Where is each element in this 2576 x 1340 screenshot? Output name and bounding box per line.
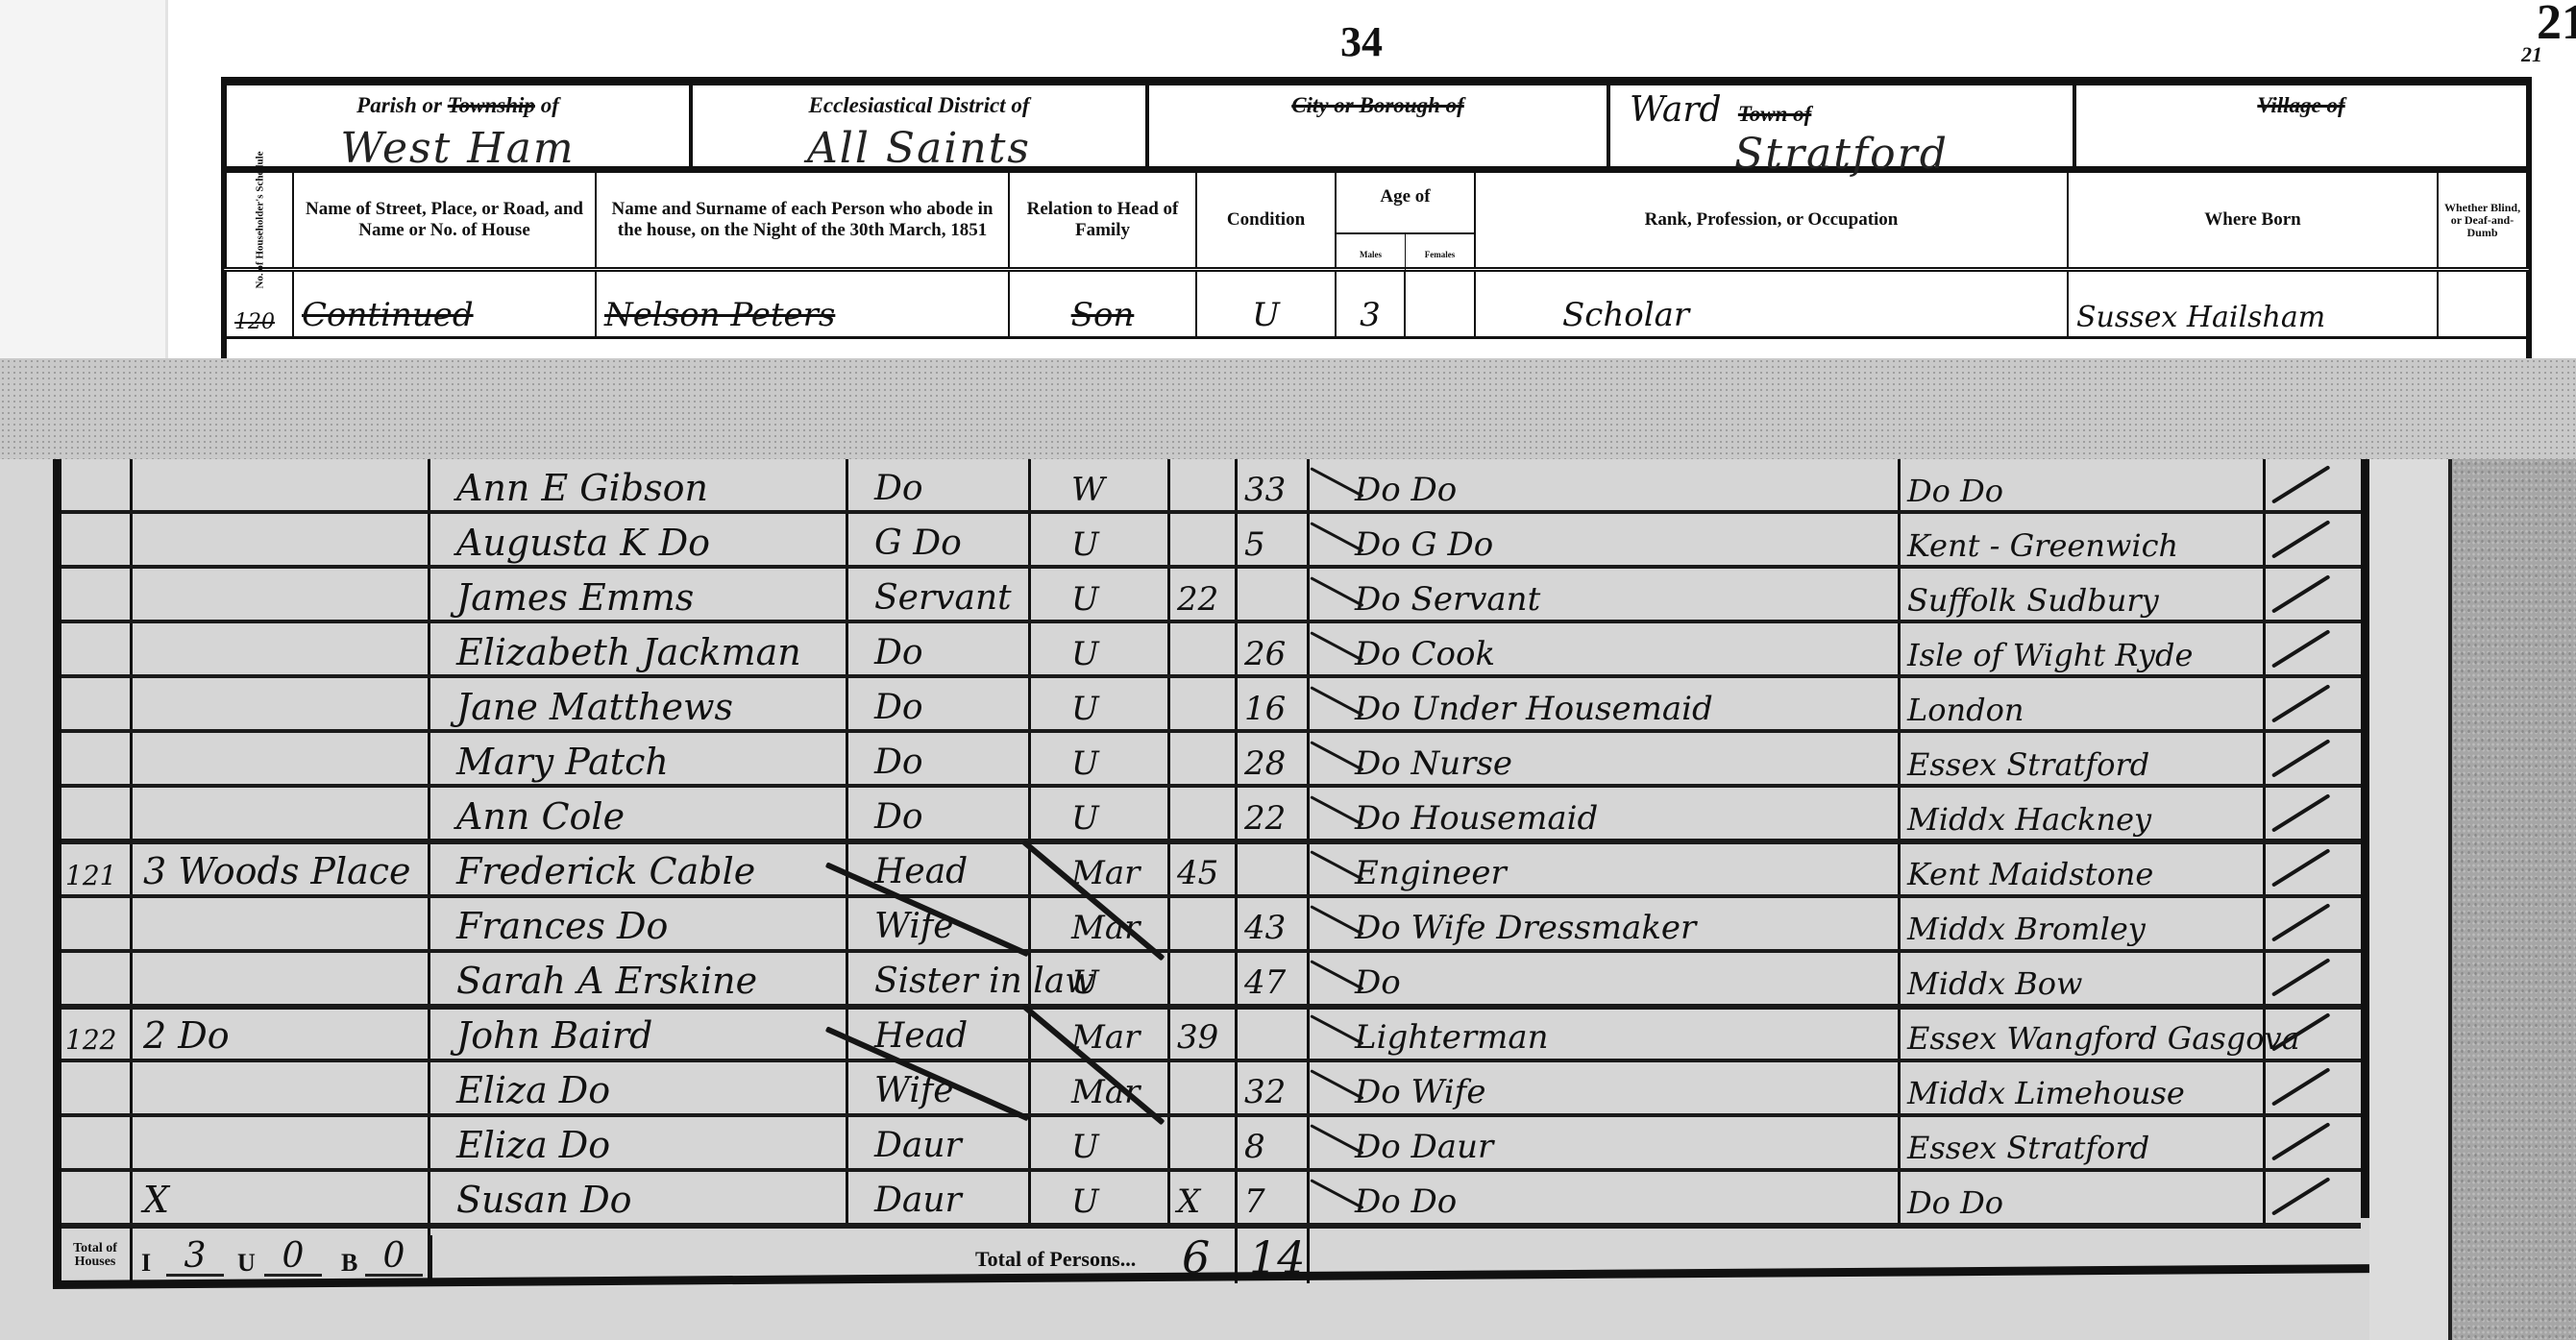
census-page-lower: Ann E GibsonDoW33Do DoDo DoAugusta K DoG… [0,459,2576,1340]
cell-condition: W [1071,474,1105,506]
town-value: Stratford [1610,130,2073,179]
cell-name: Eliza Do [456,1127,610,1163]
cell-relation: Daur [874,1129,962,1163]
inhabited-value: 3 [166,1239,224,1277]
cell-condition: U [1071,966,1099,999]
tally-mark [2271,574,2330,613]
cell-where-born: Kent - Greenwich [1907,530,2178,561]
cell-condition: U [1071,1131,1099,1163]
scan-edge [165,0,168,358]
cell-occupation: Do Housemaid [1355,802,1598,835]
city-borough-cell: City or Borough of [1149,85,1610,166]
cell-schedule: 121 [65,863,116,889]
uninhabited-label: U [237,1249,256,1278]
table-row: Jane MatthewsDoU16Do Under HousemaidLond… [53,678,2369,733]
cell-relation: Son [1010,272,1197,339]
cell-where-born: Suffolk Sudbury [1907,585,2159,616]
cell-condition: U [1071,802,1099,835]
table-row: XSusan DoDaurUX7Do DoDo Do [53,1171,2369,1226]
cell-relation: G Do [874,526,962,561]
cell-name: Ann E Gibson [456,470,708,506]
table-row: Eliza DoDaurU8Do DaurEssex Stratford [53,1116,2369,1171]
tally-mark [2271,793,2330,832]
image-gap-band [0,358,2576,459]
cell-name: James Emms [456,579,694,616]
census-page-top: 34 21 21 Parish or Township of West Ham … [0,0,2576,358]
ward-handwritten-label: Ward [1630,90,1722,130]
cell-age-female: 33 [1244,474,1286,506]
cell-condition: U [1197,272,1337,339]
tally-mark [2271,739,2330,777]
tally-mark [2271,1122,2330,1160]
cell-relation: Sister in law [874,964,1094,999]
table-row: 120 Continued Nelson Peters Son U 3 Scho… [221,272,2532,358]
page-number: 34 [1340,17,1383,66]
cell-occupation: Do Under Housemaid [1355,693,1713,725]
tally-mark [2271,465,2330,503]
table-row: Ann ColeDoU22Do HousemaidMiddx Hackney [53,788,2369,842]
tally-mark [2271,520,2330,558]
city-borough-label: City or Borough of [1149,93,1607,118]
cell-condition: U [1071,583,1099,616]
totals-divider [130,1228,133,1280]
cell-condition: U [1071,693,1099,725]
column-header-row: No. of Householder's Schedule Name of St… [221,173,2532,272]
cell-name: Jane Matthews [456,689,733,725]
town-cell: Ward Town of Stratford [1610,85,2076,166]
cell-condition: U [1071,1185,1099,1218]
cell-where-born: London [1907,694,2024,725]
cell-name: Ann Cole [456,798,625,835]
cell-where-born: Essex Stratford [1907,1133,2149,1163]
table-row: Frances DoWifeMar43Do Wife DressmakerMid… [53,897,2369,952]
village-cell: Village of [2076,85,2526,166]
cell-where-born: Middx Limehouse [1907,1078,2185,1109]
cell-age-female: 22 [1244,802,1286,835]
cell-blind [2439,272,2526,339]
col-header-street: Name of Street, Place, or Road, and Name… [294,173,597,267]
cell-occupation: Scholar [1476,272,2069,339]
scan-edge-dark [2448,459,2576,1340]
cell-age-female: 47 [1244,966,1286,999]
ecclesiastical-district-cell: Ecclesiastical District of All Saints [693,85,1149,166]
col-header-where-born: Where Born [2069,173,2439,267]
cell-where-born: Middx Bromley [1907,914,2146,944]
cell-age-female: 5 [1244,528,1265,561]
scan-margin [0,0,168,358]
cell-name: Sarah A Erskine [456,962,757,999]
cell-age-female: 8 [1244,1131,1265,1163]
age-subheaders: Males Females [1337,232,1474,274]
cell-condition: Mar [1071,1021,1140,1054]
cell-occupation: Do Daur [1355,1131,1493,1163]
table-row: 1213 Woods PlaceFrederick CableHeadMar45… [53,842,2369,897]
tally-mark [2271,848,2330,887]
cell-condition: U [1071,747,1099,780]
place-header: Parish or Township of West Ham Ecclesias… [221,77,2532,173]
cell-occupation: Do Wife Dressmaker [1355,912,1696,944]
cell-age-female: 32 [1244,1076,1286,1109]
tally-mark [2271,1177,2330,1215]
cell-age-female: 43 [1244,912,1286,944]
ecclesiastical-district-label: Ecclesiastical District of [693,93,1145,118]
cell-age-female: 28 [1244,747,1286,780]
cell-name: Nelson Peters [597,272,1010,339]
page-margin [2369,459,2448,1340]
census-table: Ann E GibsonDoW33Do DoDo DoAugusta K DoG… [53,459,2369,1314]
tally-mark [2271,1067,2330,1106]
cell-occupation: Engineer [1355,857,1507,889]
cell-relation: Do [874,745,923,780]
cell-where-born: Do Do [1907,475,2003,506]
inhabited-label: I [141,1249,151,1278]
cell-relation: Daur [874,1183,962,1218]
cell-where-born: Isle of Wight Ryde [1907,640,2193,670]
col-header-occupation: Rank, Profession, or Occupation [1476,173,2069,267]
cell-where-born: Essex Stratford [1907,749,2149,780]
cell-street: X [143,1182,169,1218]
cell-occupation: Do G Do [1355,528,1493,561]
table-row: Eliza DoWifeMar32Do WifeMiddx Limehouse [53,1061,2369,1116]
cell-name: Mary Patch [456,743,669,780]
cell-relation: Head [874,855,968,889]
cell-name: Frances Do [456,908,668,944]
col-header-relation: Relation to Head of Family [1010,173,1197,267]
cell-condition: U [1071,638,1099,670]
cell-age-male: 3 [1337,272,1406,339]
totals-divider [429,1235,432,1283]
cell-street: 3 Woods Place [143,853,411,889]
uninhabited-value: 0 [264,1239,322,1277]
total-persons-label: Total of Persons... [975,1247,1136,1272]
cell-relation: Servant [874,581,1012,616]
cell-relation: Head [874,1019,968,1054]
col-header-males: Males [1337,234,1406,274]
col-header-condition: Condition [1197,173,1337,267]
cell-name: Augusta K Do [456,524,710,561]
cell-where-born: Sussex Hailsham [2069,272,2439,339]
cell-age-female [1406,272,1476,339]
cell-occupation: Lighterman [1355,1021,1549,1054]
table-row: Augusta K DoG DoU5Do G DoKent - Greenwic… [53,514,2369,569]
town-label: Ward Town of [1610,93,2073,128]
cell-street: Continued [294,272,597,339]
cell-occupation: Do Servant [1355,583,1540,616]
cell-schedule: 122 [65,1027,116,1054]
cell-occupation: Do [1355,966,1401,999]
cell-occupation: Do Do [1355,1185,1457,1218]
tally-mark [2271,903,2330,941]
parish-cell: Parish or Township of West Ham [227,85,693,166]
cell-where-born: Do Do [1907,1187,2003,1218]
cell-condition: Mar [1071,857,1140,889]
cell-age-female: 26 [1244,638,1286,670]
cell-age-male: 22 [1177,583,1218,616]
ecclesiastical-district-value: All Saints [693,124,1145,173]
table-row: Elizabeth JackmanDoU26Do CookIsle of Wig… [53,623,2369,678]
parish-value: West Ham [227,124,689,173]
cell-occupation: Do Do [1355,474,1457,506]
cell-age-female: 16 [1244,693,1286,725]
table-row: James EmmsServantU22Do ServantSuffolk Su… [53,569,2369,623]
total-houses-label: Total of Houses [66,1242,124,1269]
col-header-age: Age of Males Females [1337,173,1476,267]
cell-occupation: Do Wife [1355,1076,1485,1109]
cell-name: Eliza Do [456,1072,610,1109]
folio-number: 21 [2537,0,2576,51]
cell-name: Susan Do [456,1182,632,1218]
cell-relation: Do [874,800,923,835]
cell-where-born: Kent Maidstone [1907,859,2153,889]
table-row: Ann E GibsonDoW33Do DoDo Do [53,459,2369,514]
tally-mark [2271,629,2330,668]
cell-where-born: Middx Bow [1907,968,2082,999]
cell-relation: Do [874,636,923,670]
cell-relation: Do [874,691,923,725]
cell-where-born: Middx Hackney [1907,804,2151,835]
cell-street: 2 Do [143,1017,230,1054]
building-label: B [341,1249,357,1278]
col-header-blind: Whether Blind, or Deaf-and-Dumb [2439,173,2526,267]
cell-age-female: 7 [1244,1185,1265,1218]
table-row: Mary PatchDoU28Do NurseEssex Stratford [53,733,2369,788]
tally-mark [2271,684,2330,722]
parish-label: Parish or Township of [227,93,689,118]
cell-occupation: Do Cook [1355,638,1495,670]
cell-age-male: X [1177,1185,1200,1218]
cell-age-male: 45 [1177,857,1218,889]
cell-name: John Baird [456,1017,652,1054]
cell-age-male: 39 [1177,1021,1218,1054]
table-row: 1222 DoJohn BairdHeadMar39LightermanEsse… [53,1007,2369,1061]
building-value: 0 [365,1239,423,1277]
col-header-schedule: No. of Householder's Schedule [227,173,294,267]
table-row: Sarah A ErskineSister in lawU47DoMiddx B… [53,952,2369,1007]
col-header-name: Name and Surname of each Person who abod… [597,173,1010,267]
cell-name: Elizabeth Jackman [456,634,801,670]
folio-number-small: 21 [2521,42,2542,67]
cell-where-born: Essex Wangford Gasgova [1907,1023,2300,1054]
col-header-females: Females [1406,234,1474,274]
cell-relation: Do [874,472,923,506]
cell-condition: U [1071,528,1099,561]
cell-name: Frederick Cable [456,853,755,889]
cell-schedule: 120 [227,272,294,339]
cell-occupation: Do Nurse [1355,747,1512,780]
tally-mark [2271,958,2330,996]
village-label: Village of [2076,93,2526,118]
